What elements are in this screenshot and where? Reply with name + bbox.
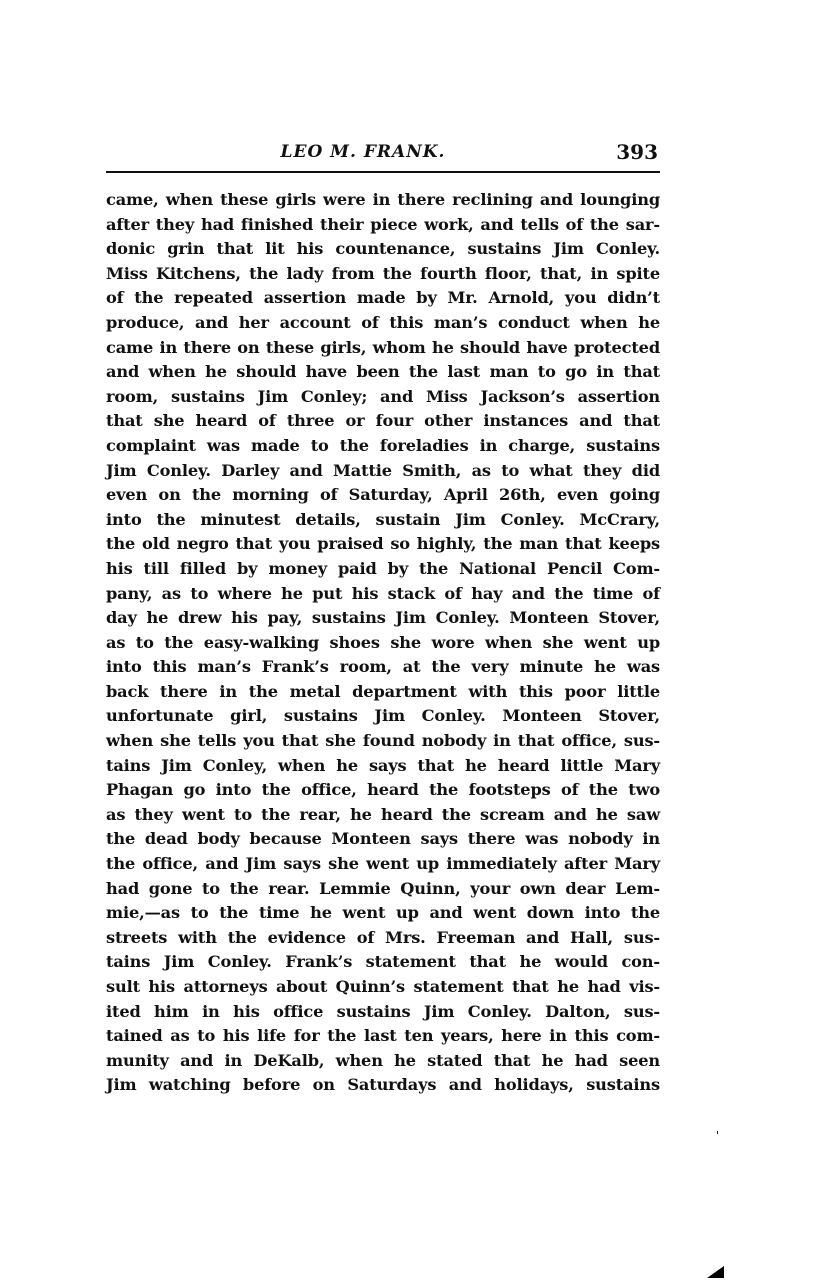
scan-corner-mark (707, 1266, 724, 1278)
text-line: mie,—as to the time he went up and went … (106, 901, 660, 926)
text-line: as they went to the rear, he heard the s… (106, 803, 660, 828)
text-line: came, when these girls were in there rec… (106, 188, 660, 213)
header-rule (106, 171, 660, 173)
text-line: complaint was made to the foreladies in … (106, 434, 660, 459)
text-line: donic grin that lit his countenance, sus… (106, 237, 660, 262)
text-line: Jim watching before on Saturdays and hol… (106, 1073, 660, 1098)
text-line: and when he should have been the last ma… (106, 360, 660, 385)
text-line: after they had finished their piece work… (106, 213, 660, 238)
text-line: when she tells you that she found nobody… (106, 729, 660, 754)
page-number: 393 (616, 140, 658, 164)
text-line: day he drew his pay, sustains Jim Conley… (106, 606, 660, 631)
text-line: room, sustains Jim Conley; and Miss Jack… (106, 385, 660, 410)
text-line: as to the easy-walking shoes she wore wh… (106, 631, 660, 656)
text-line: tains Jim Conley. Frank’s statement that… (106, 950, 660, 975)
text-line: into this man’s Frank’s room, at the ver… (106, 655, 660, 680)
text-line: into the minutest details, sustain Jim C… (106, 508, 660, 533)
text-line: even on the morning of Saturday, April 2… (106, 483, 660, 508)
running-head: LEO M. FRANK. 393 (106, 140, 660, 170)
text-line: pany, as to where he put his stack of ha… (106, 582, 660, 607)
text-line: that she heard of three or four other in… (106, 409, 660, 434)
text-line: his till filled by money paid by the Nat… (106, 557, 660, 582)
text-line: produce, and her account of this man’s c… (106, 311, 660, 336)
body-text: came, when these girls were in there rec… (106, 188, 660, 1098)
book-page: LEO M. FRANK. 393 came, when these girls… (0, 0, 836, 1284)
text-line: unfortunate girl, sustains Jim Conley. M… (106, 704, 660, 729)
text-line: sult his attorneys about Quinn’s stateme… (106, 975, 660, 1000)
text-line: streets with the evidence of Mrs. Freema… (106, 926, 660, 951)
text-line: Miss Kitchens, the lady from the fourth … (106, 262, 660, 287)
text-line: ited him in his office sustains Jim Conl… (106, 1000, 660, 1025)
text-line: tained as to his life for the last ten y… (106, 1024, 660, 1049)
text-line: had gone to the rear. Lemmie Quinn, your… (106, 877, 660, 902)
text-line: the old negro that you praised so highly… (106, 532, 660, 557)
text-line: tains Jim Conley, when he says that he h… (106, 754, 660, 779)
scan-speck (717, 1131, 718, 1134)
text-line: the office, and Jim says she went up imm… (106, 852, 660, 877)
text-line: munity and in DeKalb, when he stated tha… (106, 1049, 660, 1074)
text-line: the dead body because Monteen says there… (106, 827, 660, 852)
text-line: back there in the metal department with … (106, 680, 660, 705)
running-title: LEO M. FRANK. (106, 142, 660, 162)
text-line: came in there on these girls, whom he sh… (106, 336, 660, 361)
text-line: Jim Conley. Darley and Mattie Smith, as … (106, 459, 660, 484)
text-line: of the repeated assertion made by Mr. Ar… (106, 286, 660, 311)
text-line: Phagan go into the office, heard the foo… (106, 778, 660, 803)
